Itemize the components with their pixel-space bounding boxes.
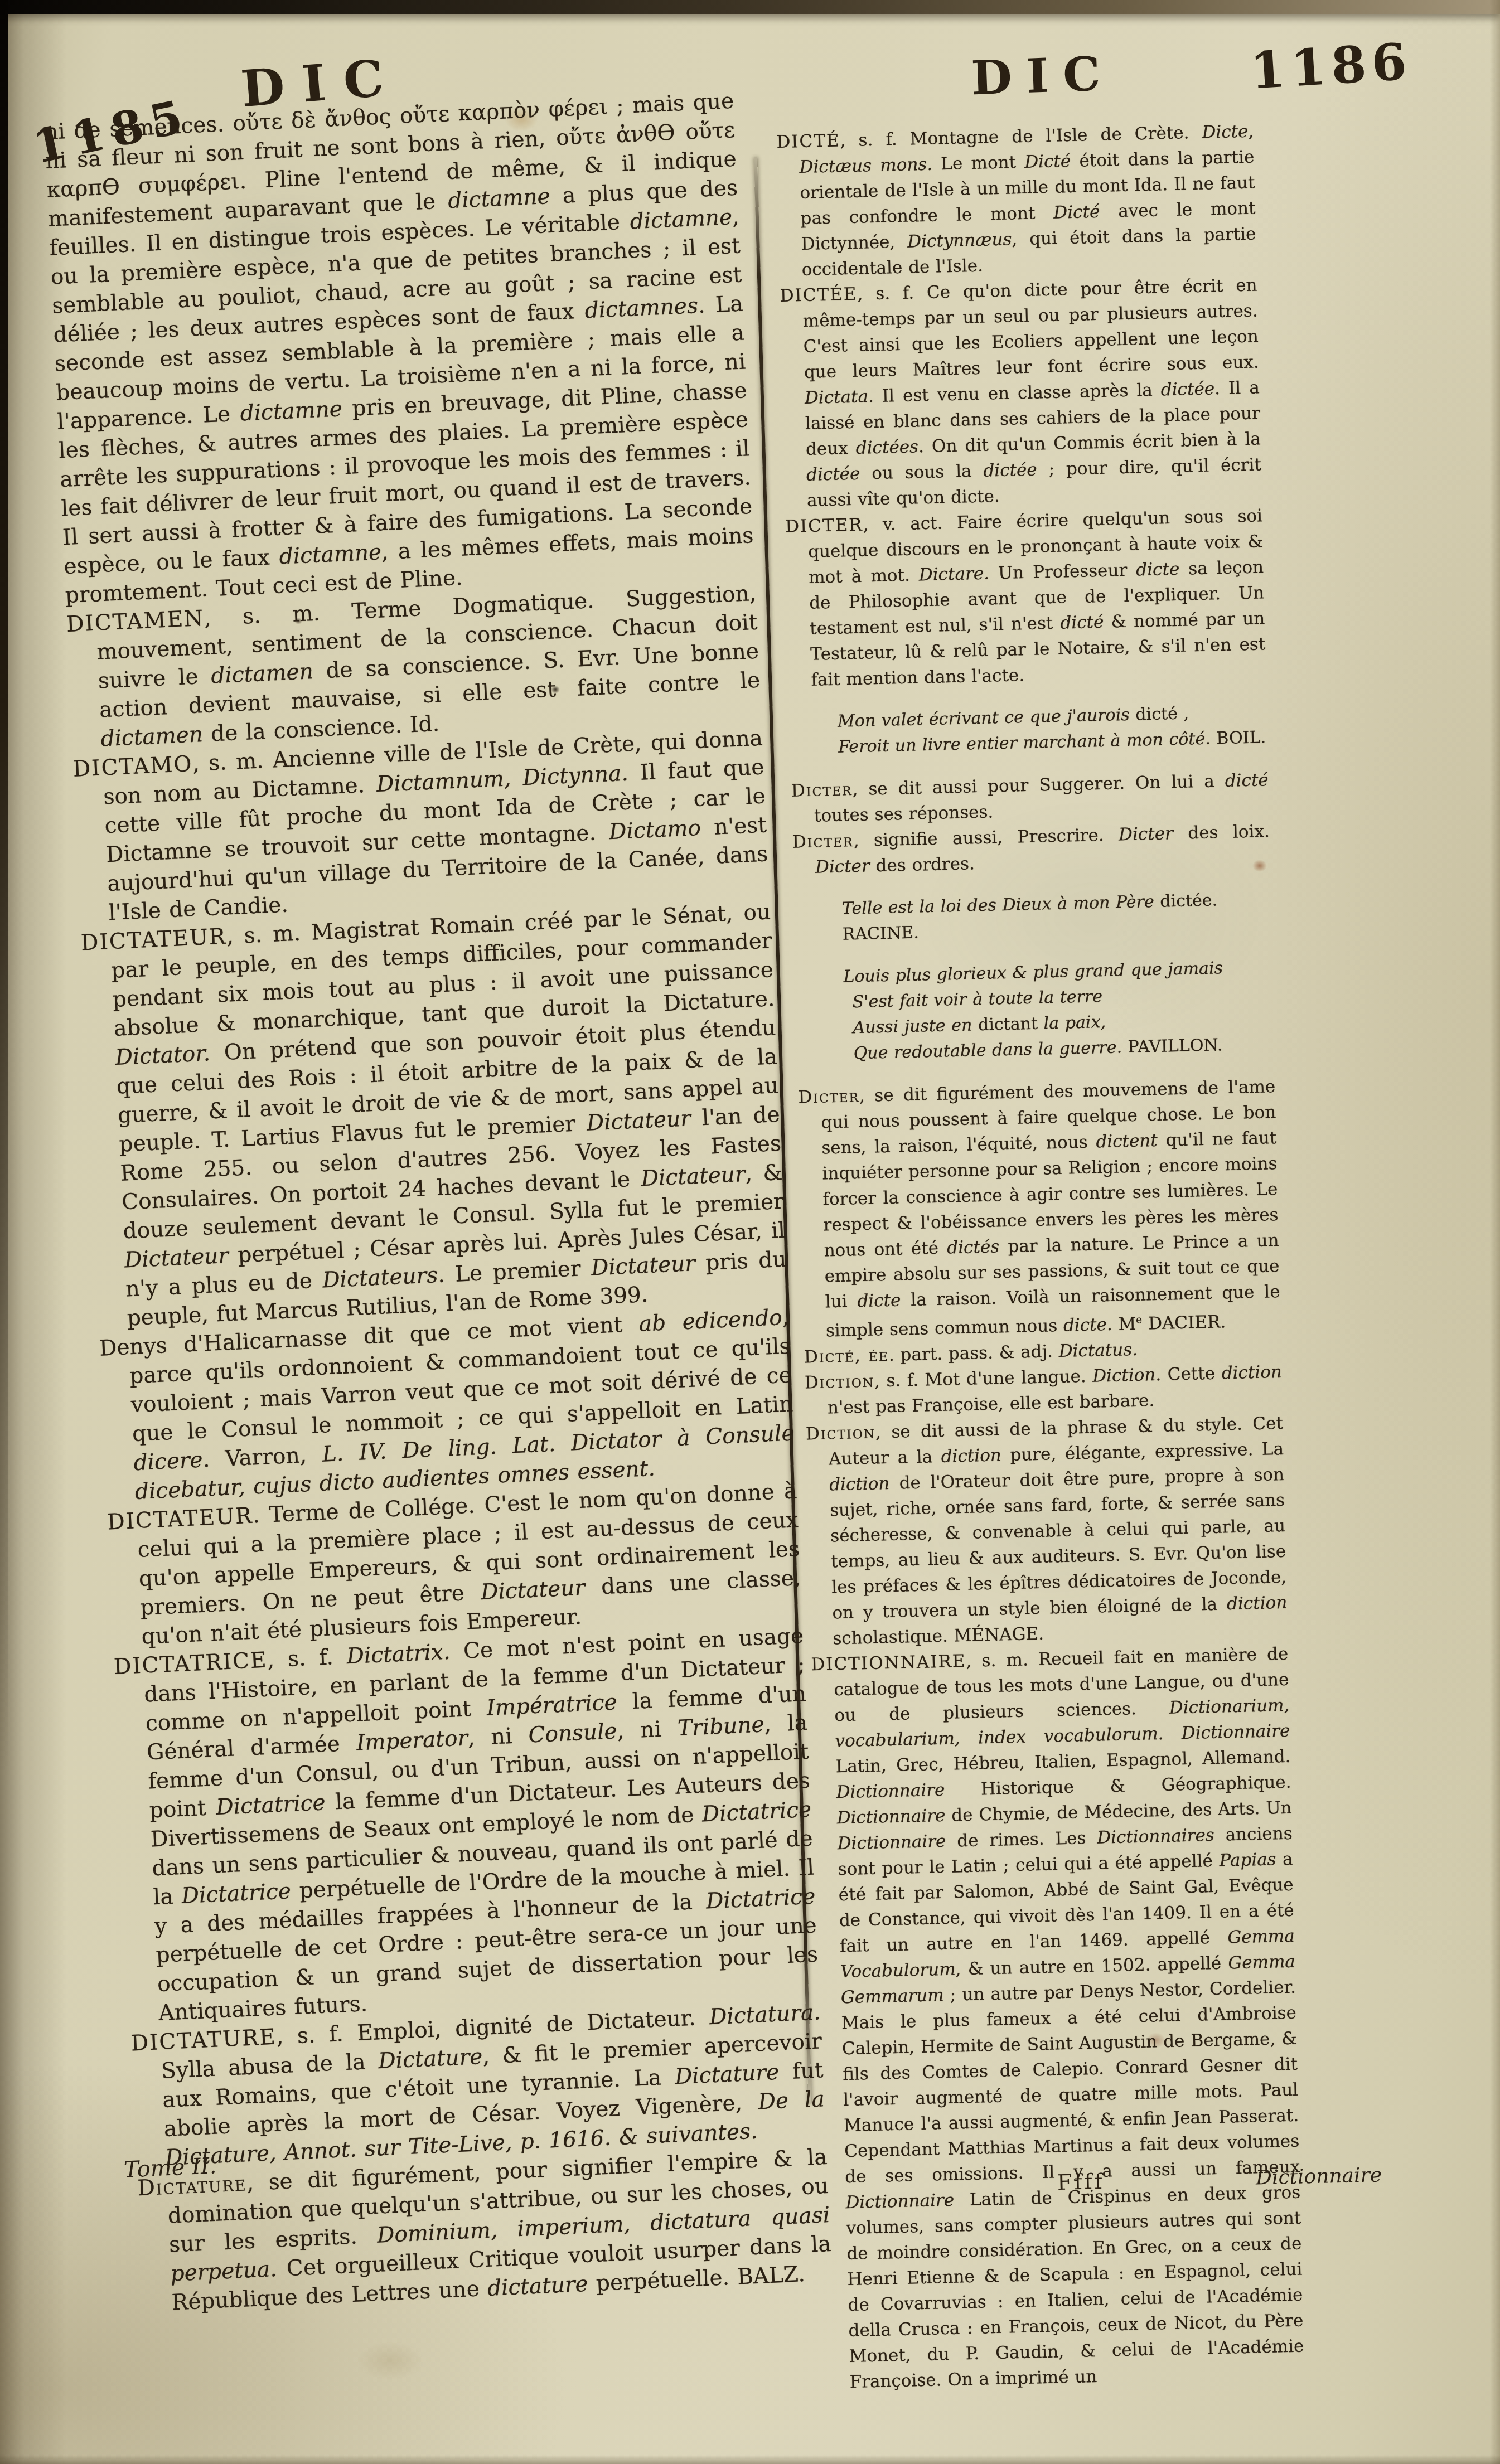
entry-body: , s. f. Ce qu'on dicte pour être écrit e… [802,275,1261,511]
entry-dictamo: DICTAMO, s. m. Ancienne ville de l'Isle … [72,724,770,929]
entry-dicter-figure: Dicter, se dit figurément des mouvemens … [798,1074,1281,1345]
headword: Dicter [798,1086,859,1107]
entry-dictatrice: DICTATRICE, s. f. Dictatrix. Ce mot n'es… [113,1622,820,2029]
headword: DICTÉE [780,284,858,306]
headword: DICTAMO [72,751,193,782]
entry-body: , s. f. Montagne de l'Isle de Crète. Dic… [799,122,1256,280]
headword: DICTATEUR [80,924,227,956]
entry-body: , s. m. Magistrat Romain créé par le Sén… [110,899,787,1331]
headword: DICTIONNAIRE [811,1651,966,1675]
book-page-scan: 1185 DIC DIC 1186 ni de semences. οὔτε δ… [0,0,1500,2464]
paragraph-etymology: Denys d'Halicarnasse dit que ce mot vien… [99,1303,796,1509]
entry-body: , se dit aussi pour Suggerer. On lui a d… [814,770,1269,826]
entry-dictionnaire: DICTIONNAIRE, s. m. Recueil fait en mani… [811,1641,1305,2395]
entry-body: . part. pass. & adj. Dictatus. [888,1340,1138,1365]
headword: DICTATURE [130,2025,277,2056]
entry-dictateur: DICTATEUR, s. m. Magistrat Romain créé p… [80,898,788,1334]
headword: Diction [805,1371,875,1393]
verse-pavillon: Louis plus glorieux & plus grand que jam… [795,954,1275,1068]
headword: DICTÉ [776,130,840,152]
paragraph-dictamne-continuation: ni de semences. οὔτε δὲ ἄνθος οὔτε καρπὸ… [43,87,756,610]
left-column: ni de semences. οὔτε δὲ ἄνθος οὔτε καρπὸ… [43,87,833,2319]
headword: DICTER [785,515,863,537]
entry-dicter: DICTER, v. act. Faire écrire quelqu'un s… [785,503,1266,693]
headword: DICTATRICE [113,1648,268,1680]
right-column: DICTÉ, s. f. Montagne de l'Isle de Crète… [776,119,1305,2396]
entry-dicte-mont: DICTÉ, s. f. Montagne de l'Isle de Crète… [776,119,1257,283]
entry-body: , signifie aussi, Prescrire. Dicter des … [815,821,1270,877]
headword: Dicter [791,779,853,801]
verse-boileau: Mon valet écrivant ce que j'aurois dicté… [790,699,1268,761]
scan-edge-bottom [0,2455,1500,2464]
entry-body: , se dit figurément des mouvemens de l'a… [821,1076,1280,1341]
entry-diction-style: Diction, se dit aussi de la phrase & du … [806,1410,1288,1652]
catchword: Dictionnaire [1256,2164,1382,2189]
scan-edge-left [0,0,8,1774]
scan-edge-top [0,0,1500,14]
headword: DICTAMEN [66,606,205,637]
running-head-right: DIC [970,46,1115,106]
scan-edge-right [1490,0,1500,2464]
headword: Diction [806,1423,876,1444]
entry-body: , s. f. Mot d'une langue. Diction. Cette… [828,1362,1283,1418]
headword: Dicter [792,831,854,852]
entry-body: , se dit aussi de la phrase & du style. … [829,1413,1288,1648]
headword: Dicté, ée [804,1345,889,1367]
right-column-number: 1186 [1249,32,1414,101]
entry-dicter-prescrire: Dicter, signifie aussi, Prescrire. Dicte… [792,818,1270,880]
signature-mark: Ffff [1057,2169,1105,2195]
entry-body: , s. f. Dictatrix. Ce mot n'est point en… [143,1623,818,2026]
verse-racine: Telle est la loi des Dieux à mon Père di… [793,886,1272,948]
entry-dictee: DICTÉE, s. f. Ce qu'on dicte pour être é… [780,273,1262,514]
tome-note: Tome II. [123,2153,217,2182]
entry-body: , s. m. Ancienne ville de l'Isle de Crèt… [103,726,768,925]
headword: DICTATEUR [107,1503,253,1535]
entry-body: , s. m. Recueil fait en manière de catal… [834,1644,1304,2392]
entry-body: , se dit figurément, pour signifier l'em… [167,2145,832,2316]
entry-body: , v. act. Faire écrire quelqu'un sous so… [808,506,1266,690]
